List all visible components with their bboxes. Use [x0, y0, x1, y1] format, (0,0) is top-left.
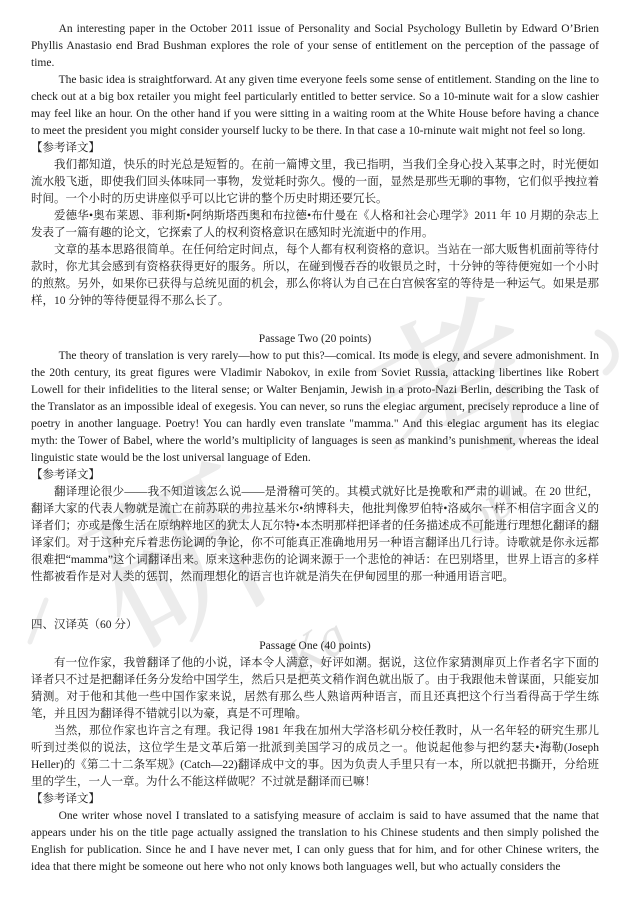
- passage-two-heading: Passage Two (20 points): [31, 331, 599, 348]
- passage-one-heading: Passage One (40 points): [31, 638, 599, 655]
- document-content: An interesting paper in the October 2011…: [0, 0, 629, 876]
- reference-translation-label: 【参考译文】: [31, 140, 599, 157]
- english-paragraph: The basic idea is straightforward. At an…: [31, 72, 599, 140]
- chinese-paragraph: 我们都知道，快乐的时光总是短暂的。在前一篇博文里，我已指明，当我们全身心投入某事…: [31, 157, 599, 208]
- chinese-paragraph: 有一位作家，我曾翻译了他的小说，译本令人满意，好评如潮。据说，这位作家猜测扉页上…: [31, 655, 599, 723]
- chinese-paragraph: 文章的基本思路很简单。在任何给定时间点，每个人都有权利资格的意识。当站在一部大贩…: [31, 242, 599, 310]
- english-paragraph: An interesting paper in the October 2011…: [31, 21, 599, 72]
- reference-translation-label: 【参考译文】: [31, 791, 599, 808]
- reference-translation-label: 【参考译文】: [31, 467, 599, 484]
- chinese-paragraph: 翻译理论很少——我不知道该怎么说——是滑稽可笑的。其模式就好比是挽歌和严肃的训诫…: [31, 484, 599, 586]
- chinese-paragraph: 当然，那位作家也许言之有理。我记得 1981 年我在加州大学洛杉矶分校任教时，从…: [31, 723, 599, 791]
- english-paragraph: One writer whose novel I translated to a…: [31, 808, 599, 876]
- section-four-title: 四、汉译英（60 分）: [31, 617, 599, 634]
- document-page: 考 研 Ka op An interesting paper in the Oc…: [0, 0, 629, 909]
- chinese-paragraph: 爱德华•奥布莱恩、菲利斯•阿纳斯塔西奥和布拉德•布什曼在《人格和社会心理学》20…: [31, 208, 599, 242]
- english-paragraph: The theory of translation is very rarely…: [31, 348, 599, 467]
